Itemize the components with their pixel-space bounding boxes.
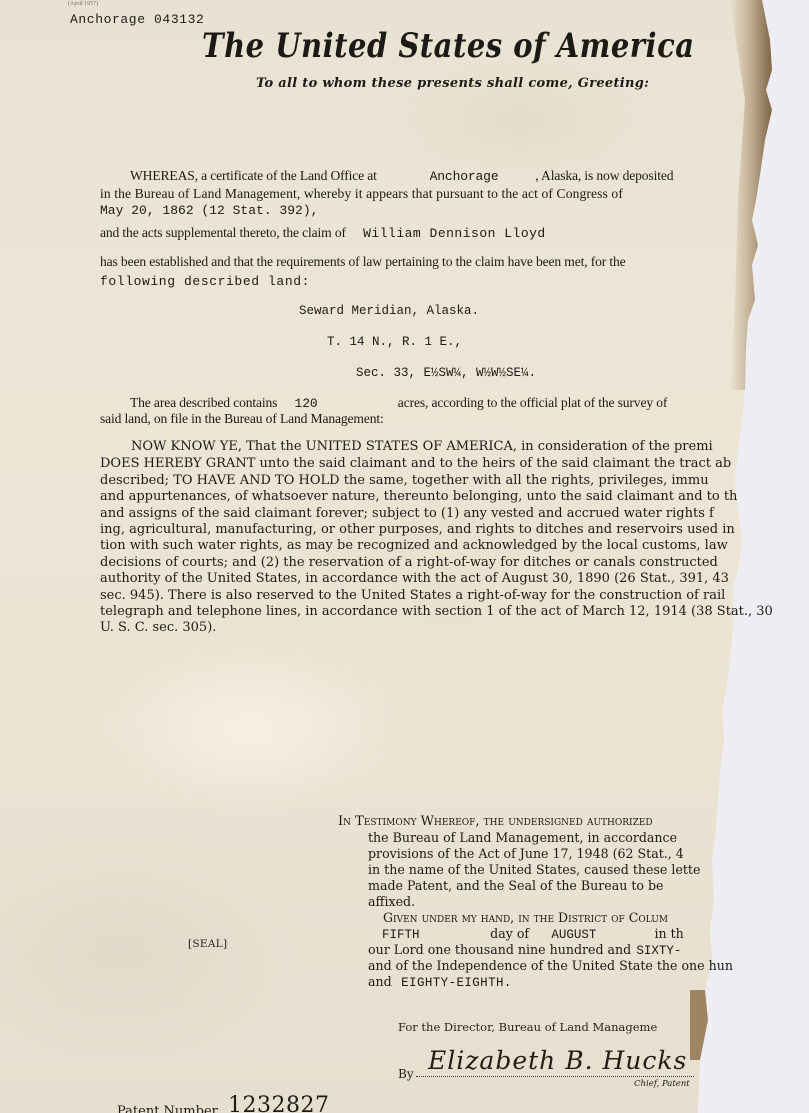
grant-line: authority of the United States, in accor… [100,570,729,587]
given-month: AUGUST [551,928,651,942]
testimony-line: In Testimony Whereof, the undersigned au… [338,814,653,829]
grant-line: NOW KNOW YE, That the UNITED STATES OF A… [131,438,713,455]
year-prefix: our Lord one thousand nine hundred and [368,942,631,957]
given-line-3: our Lord one thousand nine hundred and S… [368,942,681,958]
serial-number: Anchorage 043132 [70,12,204,27]
grant-line: tion with such water rights, as may be r… [100,537,728,554]
for-director: For the Director, Bureau of Land Managem… [398,1020,657,1034]
grant-line: sec. 945). There is also reserved to the… [100,587,725,604]
whereas-line-5: has been established and that the requir… [100,253,626,271]
grant-line: ing, agricultural, manufacturing, or oth… [100,521,735,538]
whereas-line-1: WHEREAS, a certificate of the Land Offic… [130,167,673,186]
grant-line: and appurtenances, of whatsoever nature,… [100,488,737,505]
given-line-2: FIFTH day of AUGUST in th [382,926,684,942]
land-office: Anchorage [404,168,524,186]
greeting: To all to whom these presents shall come… [256,76,649,91]
whereas-suffix: , Alaska, is now deposited [535,168,673,183]
by-label: By [398,1067,414,1081]
whereas-prefix: WHEREAS, a certificate of the Land Offic… [130,168,377,183]
signatory-title: Chief, Patent [634,1079,690,1089]
grant-line: and assigns of the said claimant forever… [100,505,714,522]
area-prefix: The area described contains [130,395,277,410]
seal-label: [SEAL] [188,938,227,950]
claimant-name: William Dennison Lloyd [363,226,546,241]
area-line-2: said land, on file in the Bureau of Land… [100,410,384,428]
form-note: (April 1957) [68,1,98,7]
whereas-line-4: and the acts supplemental thereto, the c… [100,224,546,243]
signature: Elizabeth B. Hucks [428,1046,687,1075]
claim-of-label: and the acts supplemental thereto, the c… [100,225,346,240]
grant-line: U. S. C. sec. 305). [100,619,216,636]
grant-line: described; TO HAVE AND TO HOLD the same,… [100,472,709,489]
testimony-line: the Bureau of Land Management, in accord… [368,830,677,845]
given-day: FIFTH [382,928,487,942]
section-description: Sec. 33, E½SW¼, W½W½SE¼. [356,366,536,380]
meridian: Seward Meridian, Alaska. [299,304,479,318]
in-the-label: in th [654,926,683,941]
document-title: The United States of America [202,26,695,65]
act-reference: May 20, 1862 (12 Stat. 392), [100,203,318,218]
given-line-1: Given under my hand, in the District of … [383,910,668,925]
whereas-line-6: following described land: [100,274,310,289]
testimony-line: provisions of the Act of June 17, 1948 (… [368,846,684,861]
given-line-5: and EIGHTY-EIGHTH. [368,974,512,990]
testimony-line: in the name of the United States, caused… [368,862,700,877]
and-label: and [368,974,398,989]
independence-year: EIGHTY-EIGHTH. [401,976,512,990]
patent-number-label: Patent Number [117,1104,218,1113]
area-suffix: acres, according to the official plat of… [398,395,667,410]
grant-line: telegraph and telephone lines, in accord… [100,603,773,620]
grant-line: decisions of courts; and (2) the reserva… [100,554,718,571]
given-line-4: and of the Independence of the United St… [368,958,733,973]
grant-line: DOES HEREBY GRANT unto the said claimant… [100,455,731,472]
testimony-line: affixed. [368,894,415,909]
day-of-label: day of [490,926,548,941]
township-range: T. 14 N., R. 1 E., [327,335,462,349]
signature-line [416,1076,694,1077]
testimony-line: made Patent, and the Seal of the Bureau … [368,878,664,893]
year-word: SIXTY- [636,944,681,958]
whereas-line-2: in the Bureau of Land Management, whereb… [100,185,623,203]
patent-number: 1232827 [228,1093,329,1113]
